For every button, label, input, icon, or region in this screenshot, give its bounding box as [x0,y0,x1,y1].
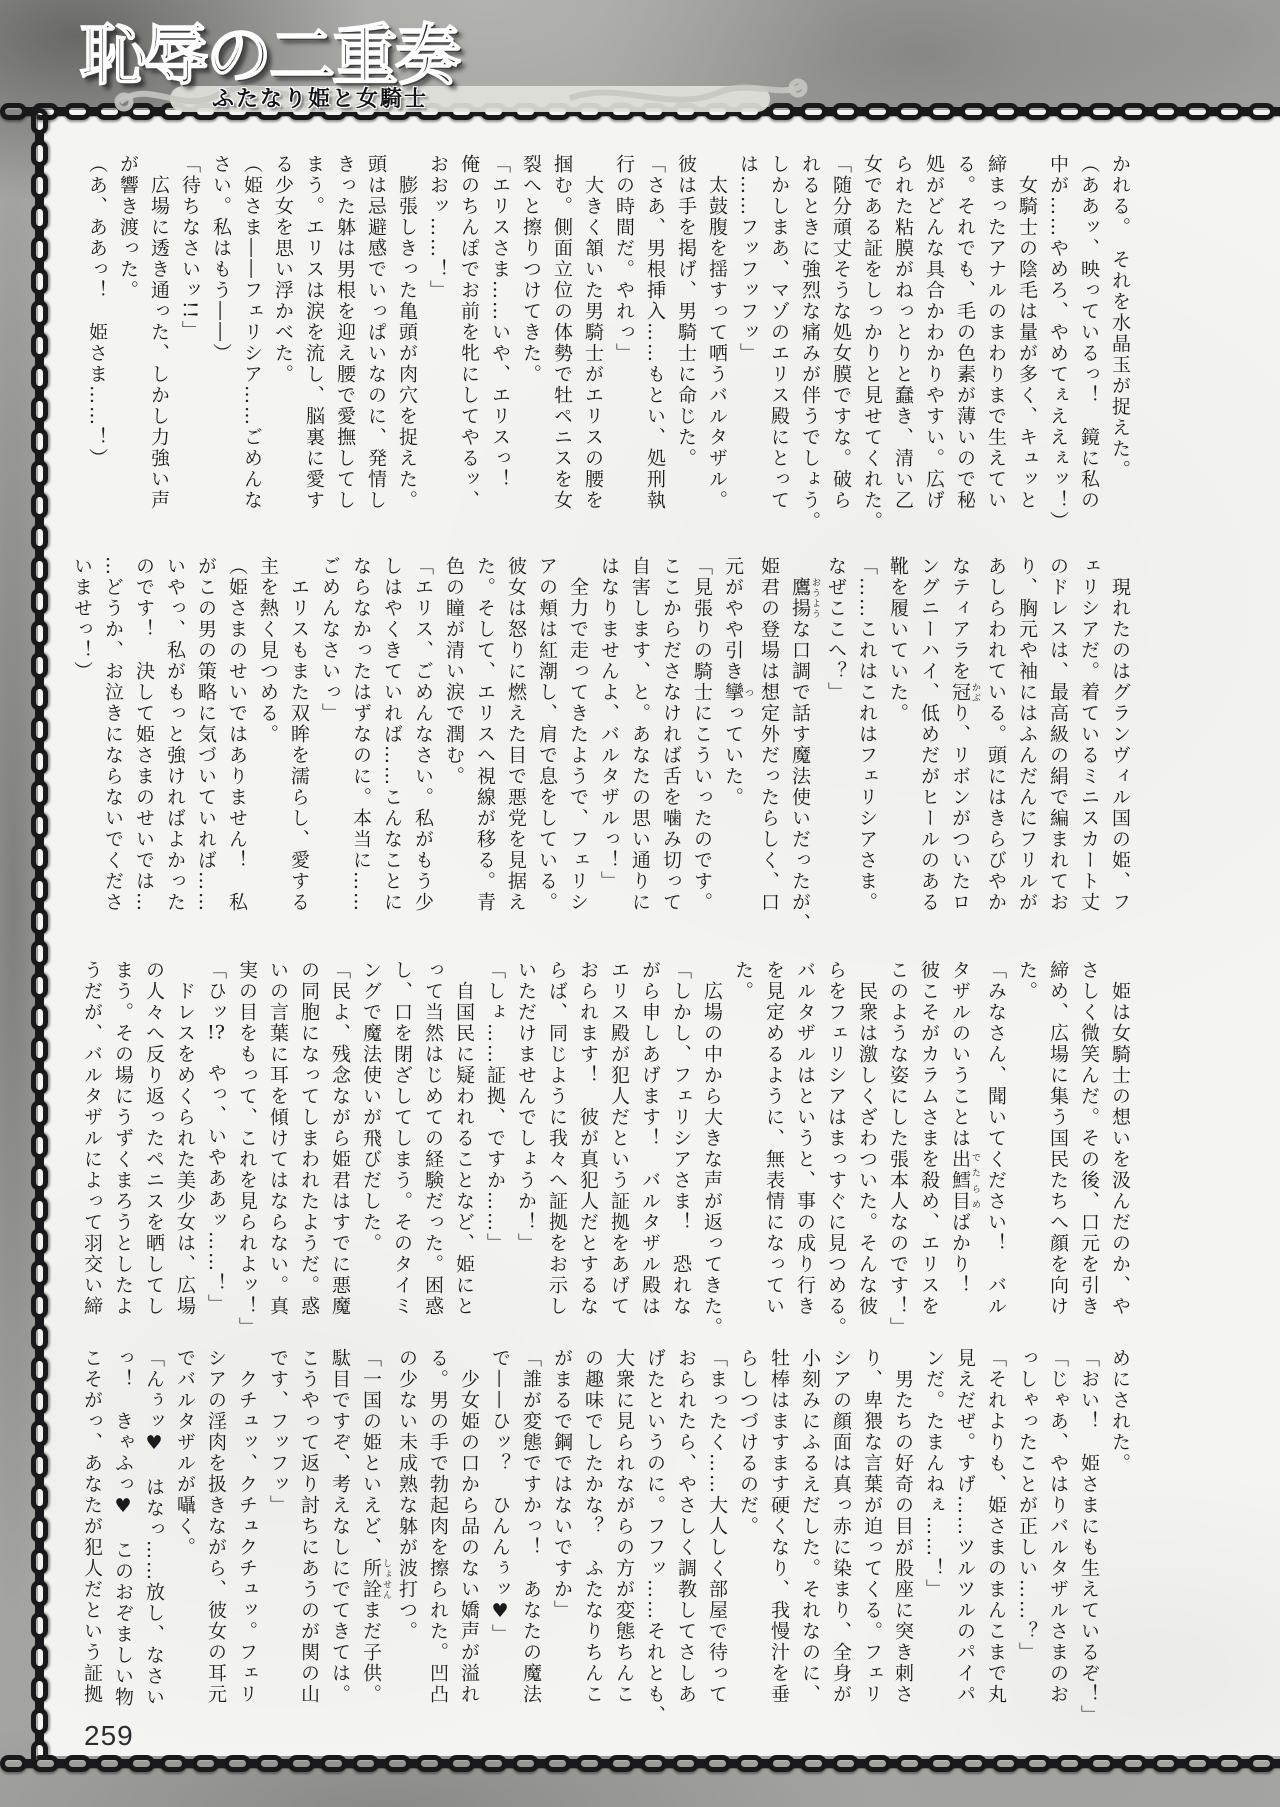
text-column: あしらわれている。頭にはきらびやか [980,556,1011,922]
text-column: 男たちの好奇の目が股座に突き刺さ [887,1348,918,1714]
text-column: り、胸元や袖にはふんだんにフリルが [1011,556,1042,922]
text-column: られた粘膜がねっとりと蠢き、清い乙 [887,154,918,520]
text-column: 女である証をしっかりと見せてくれた。 [856,154,887,520]
text-column: 自国民に疑われることなど、姫にと [448,960,479,1326]
text-column: いの言葉に耳を傾けてはならない。真 [262,960,293,1326]
text-column: クチュッ、クチュクチュッ。フェリ [231,1348,262,1714]
text-column: 「誰が変態ですかっ！ あなたの魔法 [515,1348,546,1714]
chain-border-bottom-icon [0,1746,1280,1780]
text-column: 「しかし、フェリシアさま！ 恐れな [665,960,696,1326]
text-column: た。そして、エリスへ視線が移る。青 [469,556,500,922]
text-column: 全力で走ってきたようで、フェリシ [562,556,593,922]
text-column: かれる。 それを水晶玉が捉えた。 [1104,154,1135,520]
text-column: ならなかったはずなのに。本当に…… [345,556,376,922]
text-column: 「待ちなさいッ!!」 [174,154,205,520]
text-column: 靴を履いていた。 [882,556,913,922]
text-column: 「ひッ!? やっ、いやああッ……！」 [200,960,231,1326]
text-column: いませっ！） [66,556,97,922]
text-column: し、口を閉ざしてしまう。そのタイミ [386,960,417,1326]
text-column: めにされた。 [1104,1348,1135,1714]
book-subtitle: ふたなり姫と女騎士 [212,82,428,113]
text-column: の趣味でしたかな？ ふたなりちんこ [577,1348,608,1714]
text-column: こうやって返り討ちにあうのが関の山 [293,1348,324,1714]
text-column: って当然はじめての経験だった。困惑 [417,960,448,1326]
text-column: 締まったアナルのまわりまで生えてい [980,154,1011,520]
text-column: の少ない未成熟な躰が波打つ。 [391,1348,422,1714]
text-column: 大衆に見られながらの方が変態ちんこ [608,1348,639,1714]
text-column: （姫さま――フェリシア……ごめんな [236,154,267,520]
text-column: 見えだぜ。すげ……ツルツルのパイパ [949,1348,980,1714]
text-column: の同胞になってしまわれたようだ。惑 [293,960,324,1326]
text-column: アの頬は紅潮し、肩で息をしている。 [531,556,562,922]
text-column: ごめんなさいっ」 [314,556,345,922]
text-column: 主を熱く見つめる。 [252,556,283,922]
text-column: 締め、広場に集う国民たちへ顔を向け [1042,960,1073,1326]
text-column: れるときに強烈な痛みが伴うでしょう。 [794,154,825,520]
text-column: 彼は手を掲げ、男騎士に命じた。 [670,154,701,520]
text-column: このような姿にした張本人なのです！」 [882,960,913,1326]
text-column: 「それよりも、姫さまのまんこまで丸 [980,1348,1011,1714]
text-column: いやっ、私がもっと強ければよかった [159,556,190,922]
text-column: 「随分頑丈そうな処女膜ですな。破ら [825,154,856,520]
text-column: 少女姫の口から品のない嬌声が溢れ [453,1348,484,1714]
text-column: 自害します、と。あなたの思い通りに [624,556,655,922]
text-column: 現れたのはグランヴィル国の姫、フ [1104,556,1135,922]
text-column: シアの顔面は真っ赤に染まり、全身が [825,1348,856,1714]
text-column: エリス殿が犯人だという証拠をあげて [603,960,634,1326]
text-column: タザルのいうことは出鱈目でたらめばかり！ [944,960,980,1326]
text-band-3: 姫は女騎士の想いを汲んだのか、やさしく微笑んだ。その後、口元を引き締め、広場に集… [76,960,1135,1326]
text-column: こそがっ、あなたが犯人だという証拠 [76,1348,107,1714]
text-column: 「エリス、ごめんなさい。私がもう少 [407,556,438,922]
text-column: まう。その場にうずくまろうとしたよ [107,960,138,1326]
text-column: 「エリスさま……いや、エリスっ！ [484,154,515,520]
text-column: さい。私はもう――） [205,154,236,520]
chain-border-left-icon [22,108,56,1760]
text-column: まう。エリスは涙を流し、脳裏に愛す [298,154,329,520]
text-column: はなりませんよ、バルタザルっ！」 [593,556,624,922]
text-column: る。男の手で勃起肉を擦られた。凹凸 [422,1348,453,1714]
text-column: 「……これはこれはフェリシアさま。 [851,556,882,922]
text-column: は……フッフッフッ」 [732,154,763,520]
text-column: おおッ……！」 [422,154,453,520]
text-column: 「おい！ 姫さまにも生えているぞ！」 [1073,1348,1104,1714]
text-column: を見定めるように、無表情になってい [758,960,789,1326]
text-column: る。それでも、毛の色素が薄いので秘 [949,154,980,520]
text-column: しはやくきていれば……こんなことに [376,556,407,922]
text-column: （姫さまのせいではありません！ 私 [221,556,252,922]
text-column: の人々へ反り返ったペニスを晒してし [138,960,169,1326]
text-column: 太鼓腹を揺すって哂うバルタザル。 [701,154,732,520]
text-column: 色の瞳が清い涙で潤む。 [438,556,469,922]
text-column: です、フッフッ」 [262,1348,293,1714]
text-column: がら申しあげます！ バルタザル殿は [634,960,665,1326]
text-column: でバルタザルが囁く。 [169,1348,200,1714]
text-column: 頭は忌避感でいっぱいなのに、発情し [360,154,391,520]
text-column: 裂へと擦りつけてきた。 [515,154,546,520]
text-column: る少女を思い浮かべた。 [267,154,298,520]
text-column: 元がやや引き攣つっていた。 [717,556,753,922]
text-column: 鷹揚おうような口調で話す魔法使いだったが、 [784,556,820,922]
text-column: ドレスをめくられた美少女は、広場 [169,960,200,1326]
text-column: 「じゃあ、やはりバルタザルさまのお [1042,1348,1073,1714]
text-column: 民衆は激しくざわついた。そんな彼 [851,960,882,1326]
text-column: 小刻みにふるえだした。それなのに、 [794,1348,825,1714]
text-column: 姫は女騎士の想いを汲んだのか、や [1104,960,1135,1326]
text-column: げたというのに。フフッ……それとも、 [639,1348,670,1714]
text-column: らをフェリシアはまっすぐに見つめる。 [820,960,851,1326]
text-band-1: かれる。 それを水晶玉が捉えた。（ああッ、映っているっ！ 鏡に私の中が……やめろ… [81,154,1135,520]
text-column: 大きく頷いた男騎士がエリスの腰を [577,154,608,520]
text-column: ングニーハイ、低めだがヒールのある [913,556,944,922]
text-column: がまるで鋼ではないですか」 [546,1348,577,1714]
text-column: 女騎士の陰毛は量が多く、キュッと [1011,154,1042,520]
text-column: た。 [1011,960,1042,1326]
text-column: のドレスは、最高級の絹で編まれてお [1042,556,1073,922]
text-column: 駄目ですぞ、考えなしにでてきては。 [324,1348,355,1714]
text-column: らしつづけるのだ。 [732,1348,763,1714]
text-column: おられます！ 彼が真犯人だとするな [572,960,603,1326]
text-column: （あ、ああっ！ 姫さま……！） [81,154,112,520]
text-column: 「みなさん、聞いてください！ バル [980,960,1011,1326]
text-column: 「さあ、男根挿入……もとい、処刑執 [639,154,670,520]
text-column: ンだ。たまんねぇ……！」 [918,1348,949,1714]
text-column: がこの男の策略に気づいていれば…… [190,556,221,922]
text-column: さしく微笑んだ。その後、口元を引き [1073,960,1104,1326]
text-column: ングで魔法使いが飛びだした。 [355,960,386,1326]
text-column: っ！ きゃふっ♥ このおぞましい物 [107,1348,138,1714]
text-column: バルタザルはというと、事の成り行き [789,960,820,1326]
text-column: なぜここへ？」 [820,556,851,922]
text-column: うだが、バルタザルによって羽交い締 [76,960,107,1326]
text-column: 広場に透き通った、しかし力強い声 [143,154,174,520]
text-column: 中が……やめろ、やめてぇええぇッ！） [1042,154,1073,520]
text-column: 膨張しきった亀頭が肉穴を捉えた。 [391,154,422,520]
text-column: 実の目をもって、これを見られよッ！」 [231,960,262,1326]
text-column: らば、同じように我々へ証拠をお示し [541,960,572,1326]
text-column: ここからださなければ舌を噛み切って [655,556,686,922]
text-column: 姫君の登場は想定外だったらしく、口 [753,556,784,922]
text-column: 広場の中から大きな声が返ってきた。 [696,960,727,1326]
text-column: 彼女は怒りに燃えた目で悪党を見据え [500,556,531,922]
text-column: 俺のちんぽでお前を牝にしてやるッ、 [453,154,484,520]
text-column: のです！ 決して姫さまのせいでは… [128,556,159,922]
text-column: おられたら、やさしく調教してさしあ [670,1348,701,1714]
text-column: っしゃったことが正しい……？」 [1011,1348,1042,1714]
text-column: 「んぅッ♥ はなっ……放し、なさい [138,1348,169,1714]
text-column: 「見張りの騎士にこういったのです。 [686,556,717,922]
text-column: 「しょ……証拠、ですか……」 [479,960,510,1326]
text-column: 「一国の姫といえど、所詮しょせんまだ子供。 [355,1348,391,1714]
text-column: 「民よ、残念ながら姫君はすでに悪魔 [324,960,355,1326]
text-column: …どうか、お泣きにならないでくださ [97,556,128,922]
text-column: （ああッ、映っているっ！ 鏡に私の [1073,154,1104,520]
text-band-4: めにされた。「おい！ 姫さまにも生えているぞ！」「じゃあ、やはりバルタザルさまの… [76,1348,1135,1714]
text-column: 「まったく……大人しく部屋で待って [701,1348,732,1714]
text-column: 牡棒はますます硬くなり、我慢汁を垂 [763,1348,794,1714]
text-column: 彼こそがカラムさまを殺め、エリスを [913,960,944,1326]
text-column: 処がどんな具合かわかりやすい。広げ [918,154,949,520]
text-column: た。 [727,960,758,1326]
text-column: ェリシアだ。着ているミニスカート丈 [1073,556,1104,922]
text-column: エリスもまた双眸を濡らし、愛する [283,556,314,922]
text-band-2: 現れたのはグランヴィル国の姫、フェリシアだ。着ているミニスカート丈のドレスは、最… [66,556,1135,922]
text-column: しかしまあ、マゾのエリス殿にとって [763,154,794,520]
text-column: 掴む。側面立位の体勢で牡ペニスを女 [546,154,577,520]
text-column: で——ひッ？ ひんんぅッ♥」 [484,1348,515,1714]
text-column: シアの淫肉を扱きながら、彼女の耳元 [200,1348,231,1714]
text-column: 行の時間だ。やれっ」 [608,154,639,520]
text-column: り、卑猥な言葉が迫ってくる。フェリ [856,1348,887,1714]
text-column: きった躰は男根を迎え腰で愛撫してし [329,154,360,520]
book-page: 恥辱の二重奏 ふたなり姫と女騎士 かれる。 それを水晶玉が捉えた。（ああッ、映っ… [0,0,1280,1807]
text-column: いただけませんでしょうか！」 [510,960,541,1326]
text-column: なティアラを冠かぶり、リボンがついたロ [944,556,980,922]
text-column: が響き渡った。 [112,154,143,520]
